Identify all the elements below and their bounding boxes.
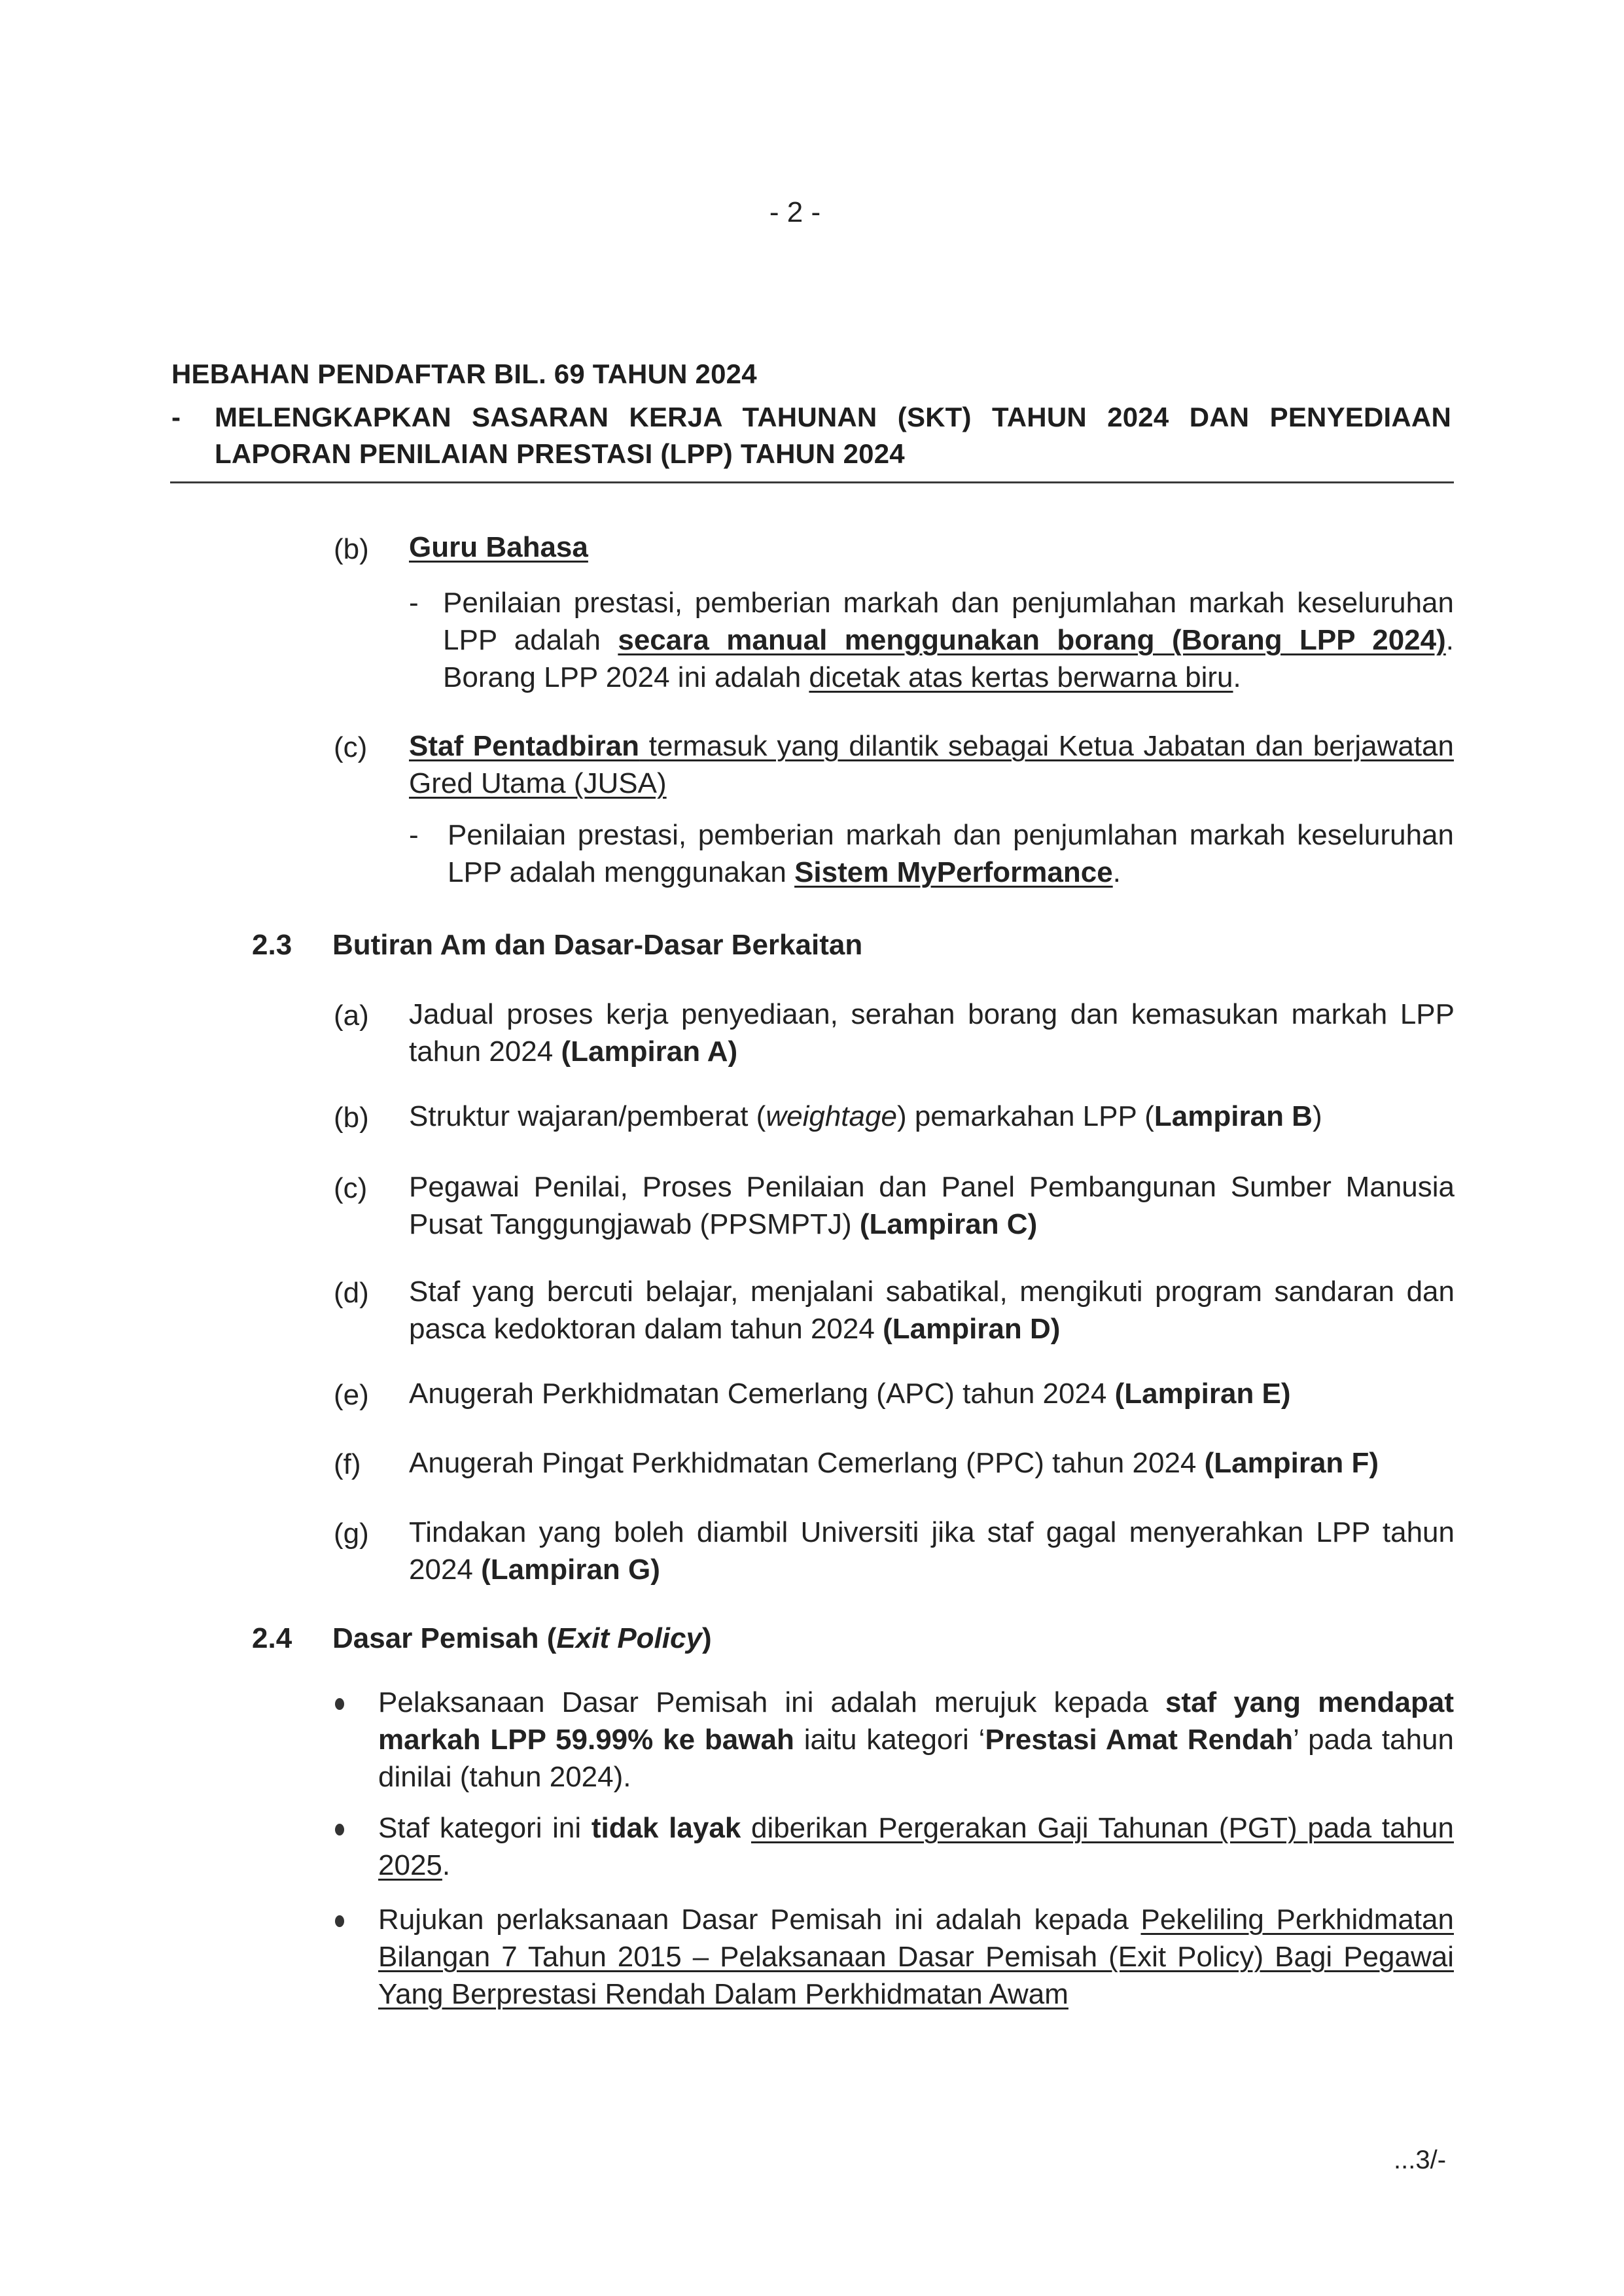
bullet-icon — [335, 1824, 344, 1835]
header-divider — [170, 481, 1454, 483]
sub-dash: - — [409, 584, 419, 621]
text: Dasar Pemisah ( — [332, 1622, 556, 1654]
item-title: Guru Bahasa — [409, 529, 588, 566]
text: Pelaksanaan Dasar Pemisah ini adalah mer… — [378, 1686, 1165, 1718]
bullet-icon — [335, 1698, 344, 1710]
appendix-ref: (Lampiran D) — [883, 1313, 1060, 1345]
page-number: - 2 - — [0, 196, 1590, 229]
text: Struktur wajaran/pemberat ( — [409, 1100, 766, 1132]
text: iaitu kategori ‘ — [794, 1724, 985, 1756]
item-description: Penilaian prestasi, pemberian markah dan… — [448, 816, 1454, 891]
text: Anugerah Pingat Perkhidmatan Cemerlang (… — [409, 1447, 1205, 1479]
item-label: (c) — [334, 1172, 367, 1205]
appendix-ref: Lampiran B — [1154, 1100, 1313, 1132]
item-label: (g) — [334, 1518, 369, 1550]
item-description: Penilaian prestasi, pemberian markah dan… — [443, 584, 1454, 696]
item-title: Staf Pentadbiran termasuk yang dilantik … — [409, 727, 1454, 802]
bullet-item: Rujukan perlaksanaan Dasar Pemisah ini a… — [378, 1901, 1454, 2013]
list-item: Struktur wajaran/pemberat (weightage) pe… — [409, 1098, 1455, 1135]
text: Staf kategori ini — [378, 1812, 591, 1844]
bullet-icon — [335, 1915, 344, 1927]
appendix-ref: (Lampiran A) — [561, 1035, 737, 1068]
text: ) — [1313, 1100, 1322, 1132]
emphasis-text: tidak layak — [591, 1812, 741, 1844]
list-item: Anugerah Pingat Perkhidmatan Cemerlang (… — [409, 1444, 1455, 1482]
italic-text: Exit Policy — [556, 1622, 702, 1654]
sub-dash: - — [409, 816, 419, 854]
section-title: Dasar Pemisah (Exit Policy) — [332, 1622, 712, 1655]
document-heading: HEBAHAN PENDAFTAR BIL. 69 TAHUN 2024 — [171, 358, 757, 390]
text: . — [442, 1849, 450, 1881]
text: ) — [702, 1622, 712, 1654]
text: . — [1113, 856, 1121, 888]
bullet-item: Staf kategori ini tidak layak diberikan … — [378, 1809, 1454, 1884]
text — [741, 1812, 751, 1844]
appendix-ref: (Lampiran F) — [1205, 1447, 1379, 1479]
section-number: 2.3 — [252, 929, 292, 962]
item-label: (f) — [334, 1448, 361, 1481]
appendix-ref: (Lampiran E) — [1115, 1378, 1291, 1410]
text: ) pemarkahan LPP ( — [897, 1100, 1154, 1132]
item-label: (e) — [334, 1379, 369, 1412]
emphasis-text: Staf Pentadbiran — [409, 730, 639, 762]
section-title: Butiran Am dan Dasar-Dasar Berkaitan — [332, 929, 862, 962]
item-label: (d) — [334, 1277, 369, 1310]
text: Rujukan perlaksanaan Dasar Pemisah ini a… — [378, 1904, 1141, 1936]
section-number: 2.4 — [252, 1622, 292, 1655]
heading-text: MELENGKAPKAN SASARAN KERJA TAHUNAN (SKT)… — [215, 402, 1451, 433]
list-item: Jadual proses kerja penyediaan, serahan … — [409, 996, 1455, 1070]
emphasis-text: secara manual menggunakan borang (Borang… — [618, 624, 1445, 656]
italic-text: weightage — [766, 1100, 897, 1132]
underlined-text: dicetak atas kertas berwarna biru — [809, 661, 1233, 693]
document-subheading-line2: LAPORAN PENILAIAN PRESTASI (LPP) TAHUN 2… — [215, 438, 905, 470]
list-item: Anugerah Perkhidmatan Cemerlang (APC) ta… — [409, 1375, 1455, 1412]
bullet-item: Pelaksanaan Dasar Pemisah ini adalah mer… — [378, 1684, 1454, 1796]
emphasis-text: Prestasi Amat Rendah — [985, 1724, 1293, 1756]
text: Anugerah Perkhidmatan Cemerlang (APC) ta… — [409, 1378, 1115, 1410]
item-label: (b) — [334, 1102, 369, 1134]
appendix-ref: (Lampiran G) — [481, 1554, 660, 1586]
item-label: (c) — [334, 731, 367, 764]
page-continuation: ...3/- — [1394, 2146, 1446, 2175]
list-item: Pegawai Penilai, Proses Penilaian dan Pa… — [409, 1168, 1455, 1243]
item-label: (b) — [334, 533, 369, 566]
text: . — [1233, 661, 1241, 693]
appendix-ref: (Lampiran C) — [860, 1208, 1037, 1240]
item-label: (a) — [334, 1000, 369, 1032]
emphasis-text: Sistem MyPerformance — [794, 856, 1113, 888]
list-item: Staf yang bercuti belajar, menjalani sab… — [409, 1273, 1455, 1348]
heading-dash: - — [171, 402, 181, 433]
list-item: Tindakan yang boleh diambil Universiti j… — [409, 1514, 1455, 1588]
